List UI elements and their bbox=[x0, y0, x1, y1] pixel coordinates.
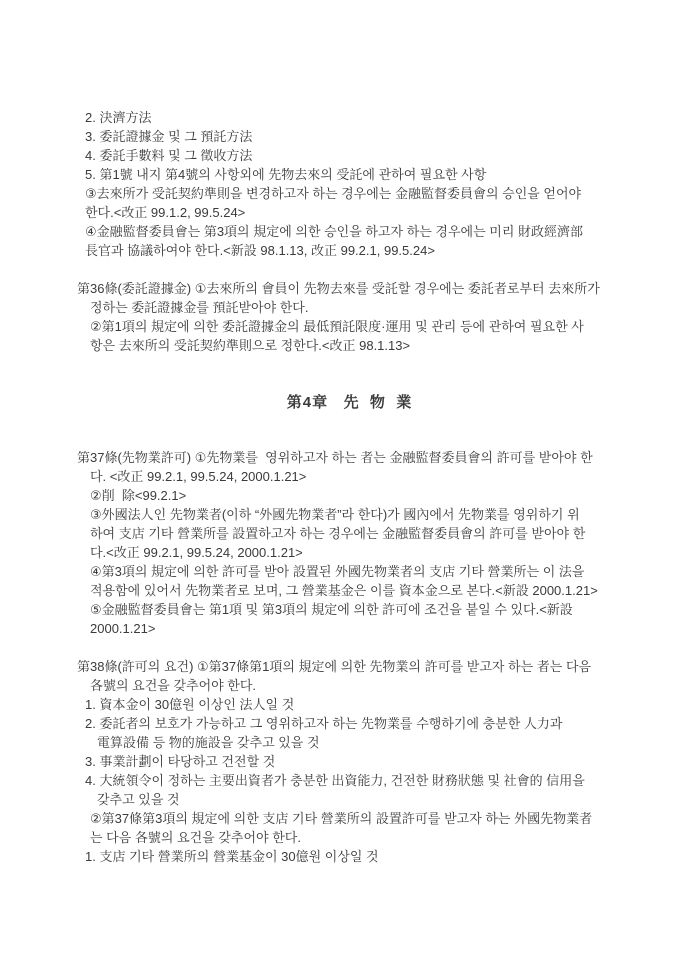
document-line: ⑤金融監督委員會는 第1項 및 第3項의 規定에 의한 許可에 조건을 붙일 수… bbox=[90, 600, 622, 619]
document-line: 5. 第1號 내지 第4號의 사항외에 先物去來의 受託에 관하여 필요한 사항 bbox=[85, 165, 622, 184]
document-line: 第36條(委託證據金) ①去來所의 會員이 先物去來를 受託할 경우에는 委託者… bbox=[77, 279, 622, 298]
document-line: 다.<改正 99.2.1, 99.5.24, 2000.1.21> bbox=[90, 543, 622, 562]
document-line: ③去來所가 受託契約準則을 변경하고자 하는 경우에는 金融監督委員會의 승인을… bbox=[85, 184, 622, 203]
document-line: 長官과 協議하여야 한다.<新設 98.1.13, 改正 99.2.1, 99.… bbox=[85, 241, 622, 260]
document-line: 갖추고 있을 것 bbox=[97, 790, 622, 809]
document-line: 4. 大統領令이 정하는 主要出資者가 충분한 出資能力, 건전한 財務狀態 및… bbox=[85, 771, 622, 790]
document-line: 하여 支店 기타 營業所를 設置하고자 하는 경우에는 金融監督委員會의 許可를… bbox=[90, 524, 622, 543]
document-line: 第38條(許可의 요건) ①第37條第1項의 規定에 의한 先物業의 許可를 받… bbox=[77, 657, 622, 676]
document-line: ④金融監督委員會는 第3項의 規定에 의한 승인을 하고자 하는 경우에는 미리… bbox=[85, 222, 622, 241]
document-body: 2. 決濟方法3. 委託證據金 및 그 預託方法4. 委託手數料 및 그 徵收方… bbox=[77, 108, 622, 866]
document-line: ②第1項의 規定에 의한 委託證據金의 最低預託限度·運用 및 관리 등에 관하… bbox=[90, 317, 622, 336]
document-line: 2. 決濟方法 bbox=[85, 108, 622, 127]
document-line: 3. 委託證據金 및 그 預託方法 bbox=[85, 127, 622, 146]
document-line: 항은 去來所의 受託契約準則으로 정한다.<改正 98.1.13> bbox=[90, 336, 622, 355]
document-line: 한다.<改正 99.1.2, 99.5.24> bbox=[85, 203, 622, 222]
document-line: 4. 委託手數料 및 그 徵收方法 bbox=[85, 146, 622, 165]
document-line: 는 다음 各號의 요건을 갖추어야 한다. bbox=[90, 828, 622, 847]
document-line: ③外國法人인 先物業者(이하 “外國先物業者”라 한다)가 國內에서 先物業를 … bbox=[90, 505, 622, 524]
document-line: 2000.1.21> bbox=[90, 619, 622, 638]
document-line: ②第37條第3項의 規定에 의한 支店 기타 營業所의 設置許可를 받고자 하는… bbox=[90, 809, 622, 828]
document-line: 電算設備 등 物的施設을 갖추고 있을 것 bbox=[97, 733, 622, 752]
document-line: 第37條(先物業許可) ①先物業를 영위하고자 하는 者는 金融監督委員會의 許… bbox=[77, 448, 622, 467]
document-line: ②削 除<99.2.1> bbox=[90, 486, 622, 505]
chapter-heading: 第4章 先 物 業 bbox=[77, 393, 622, 412]
document-line: 1. 資本金이 30億원 이상인 法人일 것 bbox=[85, 695, 622, 714]
document-line: 정하는 委託證據金를 預託받아야 한다. bbox=[90, 298, 622, 317]
document-line: 各號의 요건을 갖추어야 한다. bbox=[90, 676, 622, 695]
document-line: 1. 支店 기타 營業所의 營業基金이 30億원 이상일 것 bbox=[85, 847, 622, 866]
document-line: 다. <改正 99.2.1, 99.5.24, 2000.1.21> bbox=[90, 467, 622, 486]
document-line: 2. 委託者의 보호가 가능하고 그 영위하고자 하는 先物業를 수행하기에 충… bbox=[85, 714, 622, 733]
document-line: 적용함에 있어서 先物業者로 보며, 그 營業基金은 이를 資本金으로 본다.<… bbox=[90, 581, 622, 600]
document-page: 2. 決濟方法3. 委託證據金 및 그 預託方法4. 委託手數料 및 그 徵收方… bbox=[0, 0, 680, 962]
document-line: ④第3項의 規定에 의한 許可를 받아 設置된 外國先物業者의 支店 기타 營業… bbox=[90, 562, 622, 581]
document-line: 3. 事業計劃이 타당하고 건전할 것 bbox=[85, 752, 622, 771]
